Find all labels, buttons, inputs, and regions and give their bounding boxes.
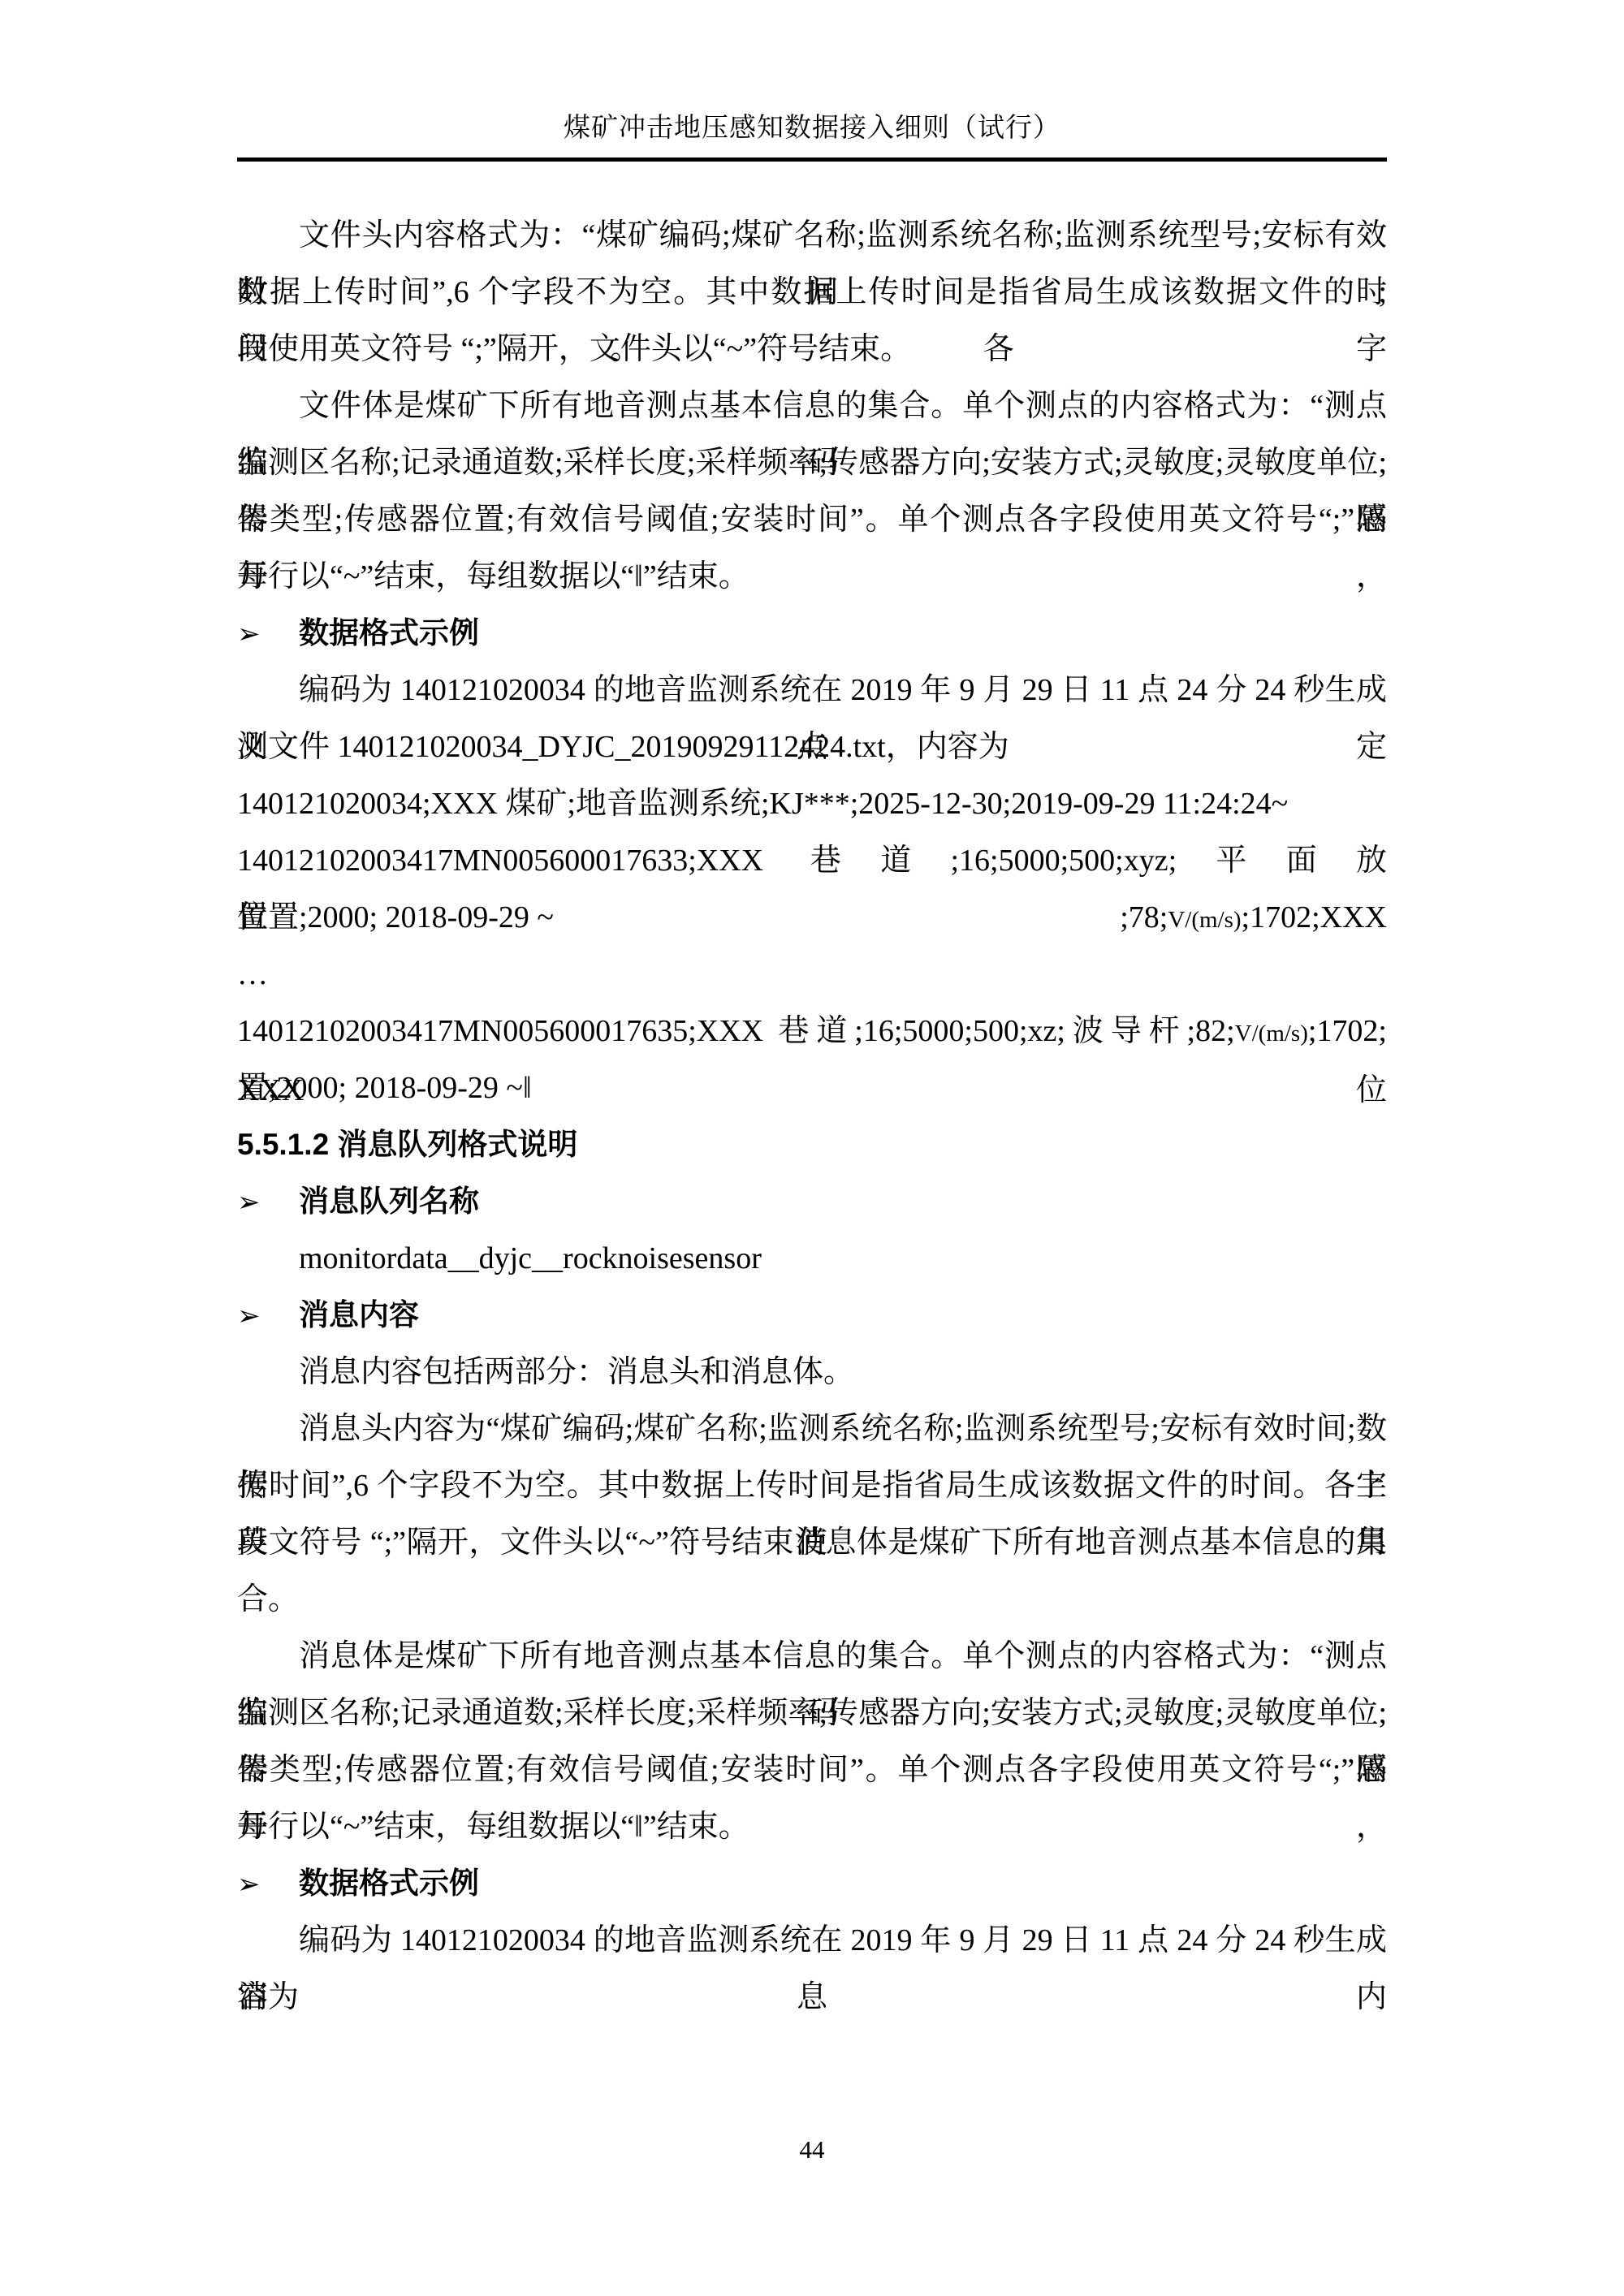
bullet-arrow-icon: ➢ bbox=[237, 1856, 299, 1913]
bullet-heading: ➢消息内容 bbox=[237, 1287, 1387, 1344]
text-line: 器类型;传感器位置;有效信号阈值;安装时间”。单个测点各字段使用英文符号“;”隔… bbox=[237, 491, 1387, 548]
text-line: 传时间”,6 个字段不为空。其中数据上传时间是指省局生成该数据文件的时间。各字段… bbox=[237, 1457, 1387, 1514]
bullet-arrow-icon: ➢ bbox=[237, 606, 299, 662]
header-rule-divider bbox=[237, 158, 1387, 162]
text-line: 文件体是煤矿下所有地音测点基本信息的集合。单个测点的内容格式为：“测点编码; bbox=[237, 378, 1387, 434]
bullet-label: 数据格式示例 bbox=[299, 616, 479, 650]
bullet-heading: ➢数据格式示例 bbox=[237, 1855, 1387, 1912]
text-line: 英文符号 “;”隔开，文件头以“~”符号结束消息体是煤矿下所有地音测点基本信息的… bbox=[237, 1514, 1387, 1571]
text-line: 监测区名称;记录通道数;采样长度;采样频率;传感器方向;安装方式;灵敏度;灵敏度… bbox=[237, 434, 1387, 491]
bullet-label: 消息内容 bbox=[299, 1298, 419, 1331]
text-line: … bbox=[237, 946, 1387, 1003]
document-body: 文件头内容格式为：“煤矿编码;煤矿名称;监测系统名称;监测系统型号;安标有效时间… bbox=[237, 207, 1387, 2026]
text-line: monitordata__dyjc__rocknoisesensor bbox=[237, 1230, 1387, 1287]
text-line: 编码为 140121020034 的地音监测系统在 2019 年 9 月 29 … bbox=[237, 1912, 1387, 1969]
bullet-label: 消息队列名称 bbox=[299, 1185, 479, 1218]
text-line: 文件头内容格式为：“煤矿编码;煤矿名称;监测系统名称;监测系统型号;安标有效时间… bbox=[237, 207, 1387, 264]
page-number: 44 bbox=[0, 2134, 1624, 2166]
text-line: 消息体是煤矿下所有地音测点基本信息的集合。单个测点的内容格式为：“测点编码; bbox=[237, 1628, 1387, 1685]
text-run: ;1702;XXX bbox=[1242, 900, 1387, 934]
bullet-arrow-icon: ➢ bbox=[237, 1174, 299, 1231]
text-line: 14012102003417MN005600017635;XXX 巷道;16;5… bbox=[237, 1003, 1387, 1060]
text-line: 14012102003417MN005600017633;XXX 巷道;16;5… bbox=[237, 832, 1387, 889]
text-line: 合。 bbox=[237, 1571, 1387, 1628]
text-line: 消息头内容为“煤矿编码;煤矿名称;监测系统名称;监测系统型号;安标有效时间;数据… bbox=[237, 1400, 1387, 1457]
page-header-title: 煤矿冲击地压感知数据接入细则（试行） bbox=[237, 110, 1387, 146]
bullet-label: 数据格式示例 bbox=[299, 1867, 479, 1900]
text-line: 监测区名称;记录通道数;采样长度;采样频率;传感器方向;安装方式;灵敏度;灵敏度… bbox=[237, 1685, 1387, 1741]
bullet-heading: ➢消息队列名称 bbox=[237, 1173, 1387, 1230]
text-line: 140121020034;XXX 煤矿;地音监测系统;KJ***;2025-12… bbox=[237, 775, 1387, 832]
text-run: 14012102003417MN005600017635;XXX 巷道;16;5… bbox=[237, 1014, 1235, 1048]
text-line: 消息内容包括两部分：消息头和消息体。 bbox=[237, 1344, 1387, 1400]
bullet-arrow-icon: ➢ bbox=[237, 1288, 299, 1344]
text-line: 编码为 140121020034 的地音监测系统在 2019 年 9 月 29 … bbox=[237, 662, 1387, 719]
text-line: 数据上传时间”,6 个字段不为空。其中数据上传时间是指省局生成该数据文件的时间。… bbox=[237, 264, 1387, 321]
document-page: 煤矿冲击地压感知数据接入细则（试行） 文件头内容格式为：“煤矿编码;煤矿名称;监… bbox=[0, 0, 1624, 2296]
text-run: V/(m/s) bbox=[1235, 1021, 1308, 1047]
bullet-heading: ➢数据格式示例 bbox=[237, 605, 1387, 662]
text-line: 器类型;传感器位置;有效信号阈值;安装时间”。单个测点各字段使用英文符号“;”隔… bbox=[237, 1741, 1387, 1798]
text-run: V/(m/s) bbox=[1168, 907, 1241, 933]
section-heading: 5.5.1.2 消息队列格式说明 bbox=[237, 1116, 1387, 1173]
